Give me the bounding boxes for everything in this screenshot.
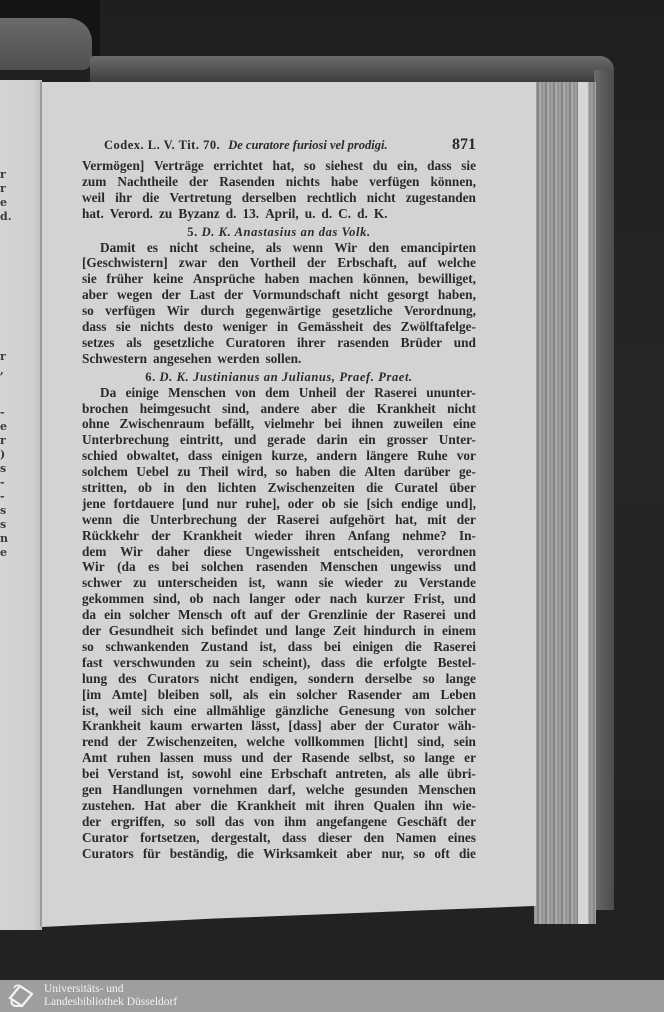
- text-line: AmtruhenlassenmussundderRasendeselbst,so…: [82, 750, 476, 766]
- left-page-char: [0, 280, 12, 294]
- left-page-char: e: [0, 546, 12, 560]
- left-page-char: n: [0, 532, 12, 546]
- section-5-body: Damitesnichtscheine,alswennWirdenemancip…: [82, 240, 476, 367]
- text-line: soverfügenWirdurchgegenwärtigegesetzlich…: [82, 303, 476, 319]
- left-page-char: r: [0, 168, 12, 182]
- text-line: Unterbrechungeintritt,undgeradedarineing…: [82, 432, 476, 448]
- left-page-char: d.: [0, 210, 12, 224]
- text-line: zumNachtheilederRasendennichtshabeverfüg…: [82, 174, 476, 190]
- text-line: brochenheimgesuchtsind,andereaberdieKran…: [82, 401, 476, 417]
- left-page-char: [0, 224, 12, 238]
- left-page-char: [0, 322, 12, 336]
- library-name-line1: Universitäts- und: [44, 983, 177, 996]
- text-line: derergriffen,sosolldasvonihmangefangeneG…: [82, 814, 476, 830]
- text-line: demWirdaherdieseUngewissheitentscheiden,…: [82, 544, 476, 560]
- text-line: beiVerstandist,sowohleineErbschaftantret…: [82, 766, 476, 782]
- text-line: schwerzuunterscheidenist,wannsiewiederzu…: [82, 575, 476, 591]
- left-page-char: [0, 266, 12, 280]
- left-page-char: e: [0, 196, 12, 210]
- book-strap: [0, 18, 92, 70]
- text-line: DaeinigeMenschenvondemUnheilderRasereiun…: [82, 385, 476, 401]
- page-number: 871: [452, 136, 476, 154]
- left-page-char: -: [0, 476, 12, 490]
- text-line: wenndieUnterbrechungderRasereiaufgehörth…: [82, 512, 476, 528]
- text-line: lungdesCuratorsnichtendigen,sondernderse…: [82, 671, 476, 687]
- library-footer-bar: Universitäts- und Landesbibliothek Düsse…: [0, 980, 664, 1012]
- left-page-char: -: [0, 406, 12, 420]
- text-line: fastverschwundenzuseinscheint),dassdieer…: [82, 655, 476, 671]
- left-page-char: [0, 294, 12, 308]
- text-line: siefrüherkeineAnsprüchehabenmachenkönnen…: [82, 271, 476, 287]
- left-page-char: r: [0, 350, 12, 364]
- text-line: ohneZwischenraumbefällt,vielmehrbeiihnen…: [82, 416, 476, 432]
- left-page-char: r: [0, 182, 12, 196]
- running-head-title: De curatore furiosi vel prodigi.: [228, 138, 452, 153]
- text-line: solchemUebelzuTheilwird,sohabendieAltend…: [82, 464, 476, 480]
- text-line: aberwegenderLastderVormundschaftnichtges…: [82, 287, 476, 303]
- left-page-char: -: [0, 490, 12, 504]
- library-name: Universitäts- und Landesbibliothek Düsse…: [44, 983, 177, 1009]
- left-page-char: [0, 252, 12, 266]
- text-line: Krankheitkaumerwartenlässt,[dass]aberder…: [82, 718, 476, 734]
- library-name-line2: Landesbibliothek Düsseldorf: [44, 996, 177, 1009]
- page-text: Codex. L. V. Tit. 70. De curatore furios…: [82, 136, 476, 861]
- text-line: [Geschwistern]zwardenVortheilderErbschaf…: [82, 255, 476, 271]
- section-heading-5: 5. D. K. Anastasius an das Volk.: [82, 222, 476, 240]
- text-line: Schwesternangesehenwerdensollen.: [82, 351, 476, 367]
- left-page-char: [0, 336, 12, 350]
- text-line: RückkehrderKrankheitwiederihrenAnfangneh…: [82, 528, 476, 544]
- text-line: Damitesnichtscheine,alswennWirdenemancip…: [82, 240, 476, 256]
- left-page-char: ): [0, 448, 12, 462]
- left-page-char: s: [0, 504, 12, 518]
- book-gutter: [40, 82, 42, 927]
- section-heading-6: 6. D. K. Justinianus an Julianus, Praef.…: [82, 367, 476, 385]
- text-line: Curatorsfürbeständig,dieWirksamkeitabern…: [82, 846, 476, 862]
- text-line: setzesalsgesetzlicheCuratorenihrerrasend…: [82, 335, 476, 351]
- text-line: weilihrdieVertretungderselbenrechtlichni…: [82, 190, 476, 206]
- section-6-body: DaeinigeMenschenvondemUnheilderRasereiun…: [82, 385, 476, 862]
- page-block-edges: [534, 82, 596, 924]
- left-page-char: ,: [0, 364, 12, 378]
- section-continuation: Vermögen]Verträgeerrichtethat,sosiehestd…: [82, 158, 476, 222]
- text-line: schiedobwaltet,dasseinigenkurze,andernlä…: [82, 448, 476, 464]
- left-page-char: [0, 308, 12, 322]
- text-line: gekommensind,obnachlangerodernachkurzerF…: [82, 591, 476, 607]
- left-page-char: s: [0, 518, 12, 532]
- text-line: derGesundheitsichbefindetundlangeZeithin…: [82, 623, 476, 639]
- text-line: daeinsolcherMenschoftaufderGrenzlinieder…: [82, 607, 476, 623]
- book-cover-top-edge: [90, 56, 614, 82]
- left-page-char: e: [0, 420, 12, 434]
- library-book-logo-icon: [6, 982, 36, 1010]
- running-head-codex: Codex. L. V. Tit. 70.: [104, 138, 220, 153]
- text-line: Vermögen]Verträgeerrichtethat,sosiehestd…: [82, 158, 476, 174]
- text-line: genHandlungenvornehmendarf,welchegesunde…: [82, 782, 476, 798]
- left-page-char: [0, 238, 12, 252]
- running-head: Codex. L. V. Tit. 70. De curatore furios…: [82, 136, 476, 158]
- text-line: stritten,obindenlichtenZwischenzeitendie…: [82, 480, 476, 496]
- text-line: Curatorfortsetzen,dergestalt,dassdieserd…: [82, 830, 476, 846]
- left-page-char: r: [0, 434, 12, 448]
- text-line: jenefortdauere[undnurruhe],oderobsie[sic…: [82, 496, 476, 512]
- left-page-char: [0, 378, 12, 392]
- text-line: soschwankendenZustandist,dassbeieinigend…: [82, 639, 476, 655]
- left-page-line-endings: rred.r,-er)s--ssne: [0, 168, 12, 560]
- text-line: rendderZwischenzeiten,welchevollkommen[l…: [82, 734, 476, 750]
- text-line: [imAmte]bleibensoll,alseinsolcherRasende…: [82, 687, 476, 703]
- book-cover-right-edge: [594, 70, 614, 910]
- text-line: Wir(daesbeisolchenrasendenMenschenungewi…: [82, 559, 476, 575]
- text-line: dasssienichtsdestowenigerinGemässheitdes…: [82, 319, 476, 335]
- left-page-char: s: [0, 462, 12, 476]
- text-line: ist,weilsicheineallmähligegänzlicheGenes…: [82, 703, 476, 719]
- left-page-char: [0, 392, 12, 406]
- text-line: zustehen.HataberdieKrankheitmitihrenQual…: [82, 798, 476, 814]
- text-line: hat.Verord.zuByzanzd.13.April,u.d.C.d.K.: [82, 206, 476, 222]
